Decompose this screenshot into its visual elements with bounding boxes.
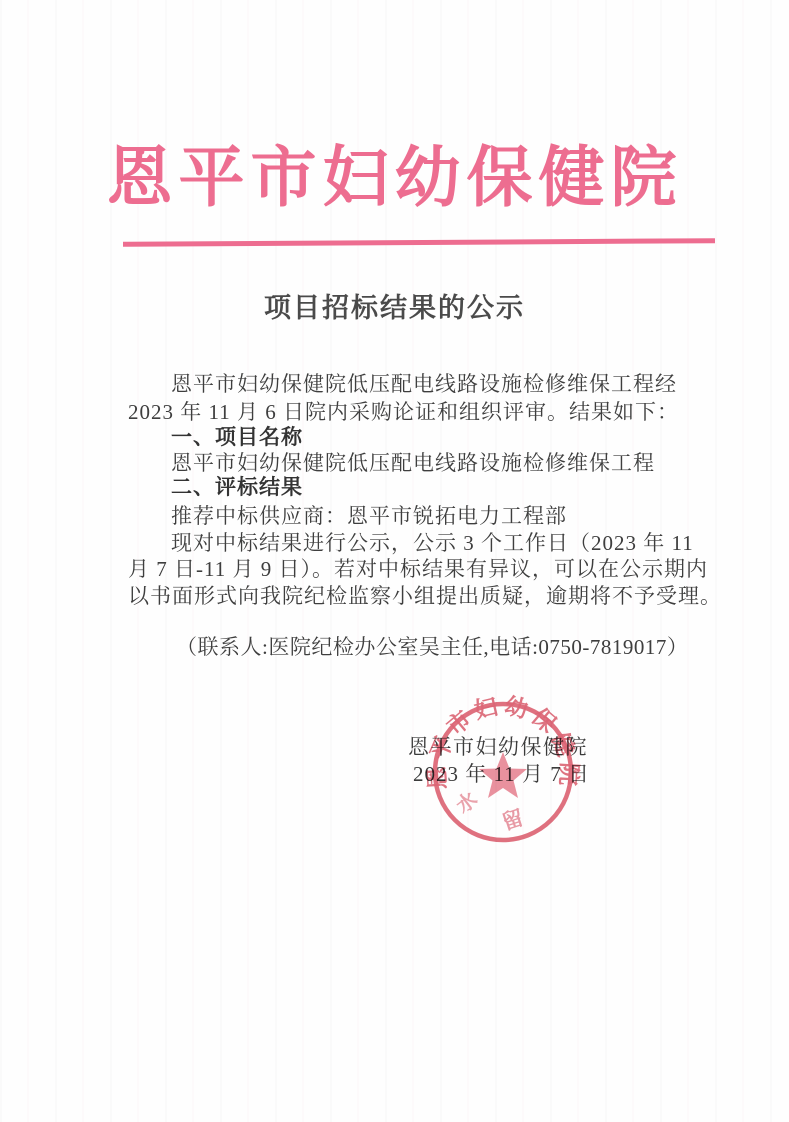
section-heading-1: 一、项目名称	[171, 426, 303, 450]
contact-line: （联系人:医院纪检办公室吴主任,电话:0750-7819017）	[176, 631, 688, 661]
letterhead-org-name: 恩平市妇幼保健院	[0, 138, 789, 220]
document-page: 恩平市妇幼保健院 项目招标结果的公示 恩平市妇幼保健院低压配电线路设施检修维保工…	[0, 0, 789, 1122]
body-line: 现对中标结果进行公示，公示 3 个工作日（2023 年 11	[171, 531, 694, 555]
section-heading-2: 二、评标结果	[171, 476, 303, 500]
body-line: 月 7 日-11 月 9 日）。若对中标结果有异议，可以在公示期内	[128, 557, 708, 581]
page-title: 项目招标结果的公示	[0, 286, 789, 325]
stamp-watermark-glyph: 水	[451, 787, 482, 818]
stamp-watermark-glyph: 留	[499, 805, 526, 834]
body-line: 推荐中标供应商：恩平市锐拓电力工程部	[171, 504, 567, 528]
letterhead-divider	[123, 238, 715, 247]
body-line: 恩平市妇幼保健院低压配电线路设施检修维保工程经	[171, 372, 677, 396]
body-line: 恩平市妇幼保健院低压配电线路设施检修维保工程	[171, 451, 655, 475]
signature-date: 2023 年 11 月 7 日	[413, 758, 590, 788]
body-line: 以书面形式向我院纪检监察小组提出质疑，逾期将不予受理。	[128, 584, 722, 608]
body-line: 2023 年 11 月 6 日院内采购论证和组织评审。结果如下：	[128, 400, 679, 424]
signature-org-name: 恩平市妇幼保健院	[408, 731, 588, 761]
